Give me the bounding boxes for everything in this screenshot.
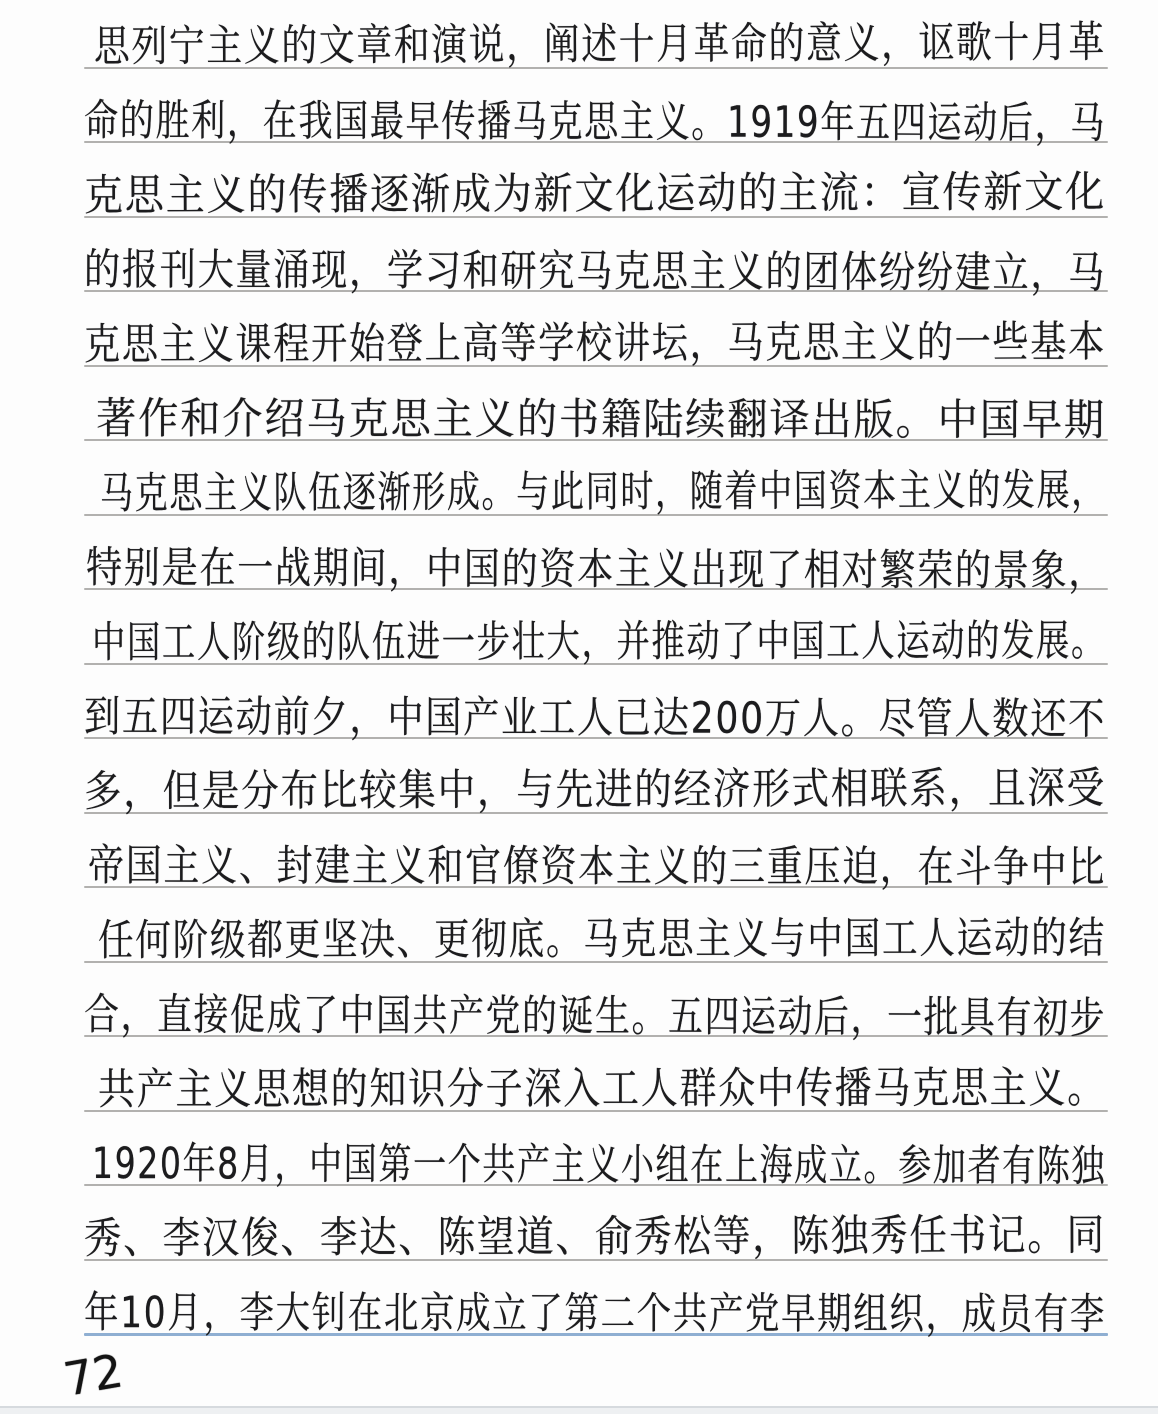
handwritten-line-text: 著作和介绍马克思主义的书籍陆续翻译出版。中国早期 — [96, 398, 1106, 443]
handwritten-line-text: 命的胜利，在我国最早传播马克思主义。1919年五四运动后，马 — [84, 100, 1106, 146]
handwritten-line-text: 中国工人阶级的队伍进一步壮大，并推动了中国工人运动的发展。 — [92, 620, 1106, 665]
handwritten-line-text: 的报刊大量涌现，学习和研究马克思主义的团体纷纷建立，马 — [84, 249, 1106, 296]
handwritten-line: 特别是在一战期间，中国的资本主义出现了相对繁荣的景象， — [86, 530, 1158, 590]
handwritten-line-text: 1920年8月，中国第一个共产主义小组在上海成立。参加者有陈独 — [92, 1143, 1106, 1189]
handwritten-line-text: 克思主义课程开始登上高等学校讲坛，马克思主义的一些基本 — [84, 321, 1106, 367]
handwritten-line: 到五四运动前夕，中国产业工人已达200万人。尽管人数还不 — [84, 679, 1158, 739]
handwritten-line: 1920年8月，中国第一个共产主义小组在上海成立。参加者有陈独 — [92, 1126, 1158, 1186]
handwritten-line-text: 克思主义的传播逐渐成为新文化运动的主流：宣传新文化 — [84, 171, 1106, 218]
notebook-page: 思列宁主义的文章和演说，阐述十月革命的意义，讴歌十月革命的胜利，在我国最早传播马… — [0, 0, 1158, 1414]
handwritten-line: 的报刊大量涌现，学习和研究马克思主义的团体纷纷建立，马 — [84, 232, 1158, 292]
handwritten-line-text: 共产主义思想的知识分子深入工人群众中传播马克思主义。 — [98, 1067, 1106, 1112]
handwritten-line: 任何阶级都更坚决、更彻底。马克思主义与中国工人运动的结 — [98, 903, 1158, 963]
handwritten-line: 多，但是分布比较集中，与先进的经济形式相联系，且深受 — [84, 754, 1158, 814]
handwritten-line-text: 到五四运动前夕，中国产业工人已达200万人。尽管人数还不 — [84, 696, 1106, 742]
handwritten-line: 共产主义思想的知识分子深入工人群众中传播马克思主义。 — [98, 1052, 1158, 1112]
handwritten-line-text: 任何阶级都更坚决、更彻底。马克思主义与中国工人运动的结 — [98, 917, 1106, 963]
handwritten-line: 合，直接促成了中国共产党的诞生。五四运动后，一批具有初步 — [84, 977, 1158, 1037]
handwritten-line: 克思主义课程开始登上高等学校讲坛，马克思主义的一些基本 — [84, 307, 1158, 367]
handwritten-line: 著作和介绍马克思主义的书籍陆续翻译出版。中国早期 — [96, 381, 1158, 441]
handwritten-line: 年10月，李大钊在北京成立了第二个共产党早期组织，成员有李 — [84, 1275, 1158, 1335]
handwritten-line: 帝国主义、封建主义和官僚资本主义的三重压迫，在斗争中比 — [88, 828, 1158, 888]
handwritten-line-text: 年10月，李大钊在北京成立了第二个共产党早期组织，成员有李 — [84, 1292, 1106, 1337]
handwritten-line-text: 特别是在一战期间，中国的资本主义出现了相对繁荣的景象， — [86, 547, 1106, 594]
handwritten-line: 命的胜利，在我国最早传播马克思主义。1919年五四运动后，马 — [84, 83, 1158, 143]
handwritten-line: 克思主义的传播逐渐成为新文化运动的主流：宣传新文化 — [84, 158, 1158, 218]
handwritten-line-text: 思列宁主义的文章和演说，阐述十月革命的意义，讴歌十月革 — [94, 22, 1106, 69]
page-number: 72 — [60, 1343, 127, 1406]
handwritten-line: 思列宁主义的文章和演说，阐述十月革命的意义，讴歌十月革 — [94, 9, 1158, 69]
handwritten-line: 中国工人阶级的队伍进一步壮大，并推动了中国工人运动的发展。 — [92, 605, 1158, 665]
handwritten-line-text: 帝国主义、封建主义和官僚资本主义的三重压迫，在斗争中比 — [88, 845, 1106, 890]
page-bottom-margin — [0, 1408, 1158, 1414]
handwritten-line-text: 多，但是分布比较集中，与先进的经济形式相联系，且深受 — [84, 767, 1106, 814]
handwritten-line-text: 秀、李汉俊、李达、陈望道、俞秀松等，陈独秀任书记。同 — [84, 1214, 1106, 1261]
handwritten-line-text: 合，直接促成了中国共产党的诞生。五四运动后，一批具有初步 — [84, 994, 1106, 1041]
handwritten-line: 马克思主义队伍逐渐形成。与此同时，随着中国资本主义的发展， — [100, 456, 1158, 516]
handwritten-line-text: 马克思主义队伍逐渐形成。与此同时，随着中国资本主义的发展， — [100, 469, 1106, 516]
handwritten-line: 秀、李汉俊、李达、陈望道、俞秀松等，陈独秀任书记。同 — [84, 1201, 1158, 1261]
